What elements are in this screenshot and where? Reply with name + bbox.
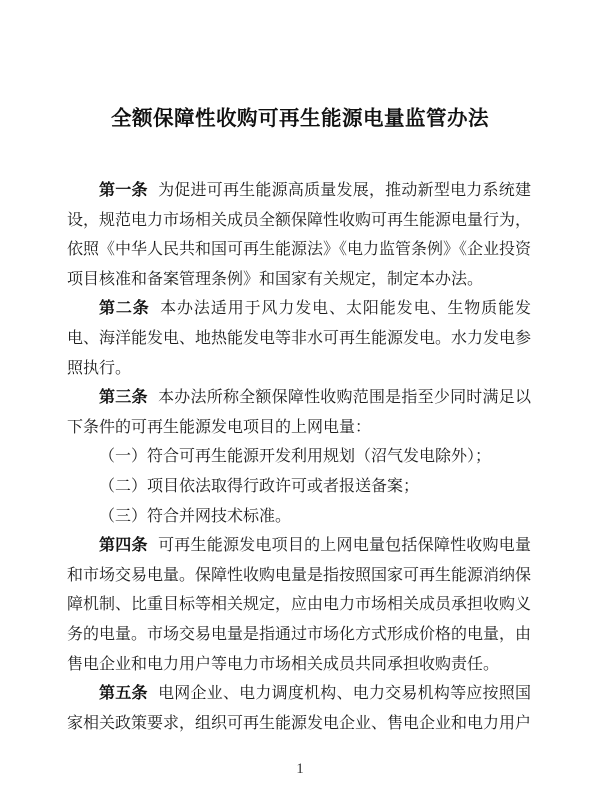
document-title: 全额保障性收购可再生能源电量监管办法 (0, 101, 600, 131)
article-number: 第二条 (99, 300, 150, 317)
article-number: 第四条 (99, 537, 148, 554)
article-text: 可再生能源发电项目的上网电量包括保障性收购电量和市场交易电量。保障性收购电量是指… (67, 537, 531, 672)
article-text: （二）项目依法取得行政许可或者报送备案； (99, 478, 419, 495)
document-page: 全额保障性收购可再生能源电量监管办法 第一条为促进可再生能源高质量发展，推动新型… (0, 0, 600, 800)
paragraph: 第三条本办法所称全额保障性收购范围是指至少同时满足以下条件的可再生能源发电项目的… (67, 383, 531, 442)
paragraph: （三）符合并网技术标准。 (67, 502, 531, 532)
paragraph: 第一条为促进可再生能源高质量发展，推动新型电力系统建设，规范电力市场相关成员全额… (67, 176, 531, 294)
document-body: 第一条为促进可再生能源高质量发展，推动新型电力系统建设，规范电力市场相关成员全额… (67, 176, 531, 738)
article-number: 第三条 (99, 389, 148, 406)
article-text: （三）符合并网技术标准。 (99, 508, 291, 525)
paragraph: （一）符合可再生能源开发利用规划（沼气发电除外）； (67, 442, 531, 472)
paragraph: 第二条本办法适用于风力发电、太阳能发电、生物质能发电、海洋能发电、地热能发电等非… (67, 294, 531, 383)
paragraph: （二）项目依法取得行政许可或者报送备案； (67, 472, 531, 502)
paragraph: 第四条可再生能源发电项目的上网电量包括保障性收购电量和市场交易电量。保障性收购电… (67, 531, 531, 679)
page-number: 1 (0, 761, 600, 778)
article-text: （一）符合可再生能源开发利用规划（沼气发电除外）； (99, 448, 491, 465)
article-number: 第五条 (99, 685, 148, 702)
article-number: 第一条 (99, 182, 148, 199)
paragraph: 第五条电网企业、电力调度机构、电力交易机构等应按照国家相关政策要求，组织可再生能… (67, 679, 531, 738)
